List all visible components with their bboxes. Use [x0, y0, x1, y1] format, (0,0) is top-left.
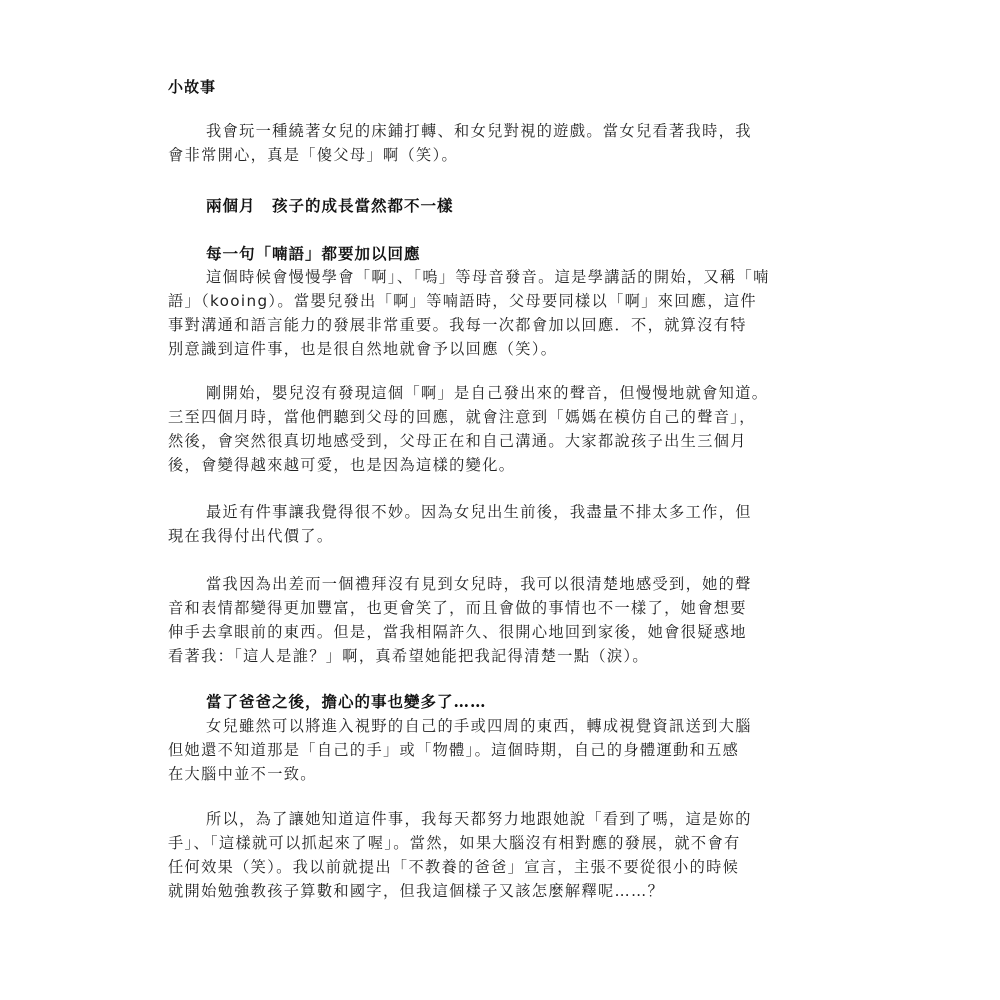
paragraph-line: 別意識到這件事，也是很自然地就會予以回應（笑）。: [168, 337, 832, 361]
paragraph-line: 現在我得付出代價了。: [168, 524, 832, 548]
paragraph-line: 任何效果（笑）。我以前就提出「不教養的爸爸」宣言，主張不要從很小的時候: [168, 855, 832, 879]
paragraph-line: 剛開始，嬰兒沒有發現這個「啊」是自己發出來的聲音，但慢慢地就會知道。: [168, 381, 832, 405]
paragraph-business-trip: 當我因為出差而一個禮拜沒有見到女兒時，我可以很清楚地感受到，她的聲 音和表情都變…: [168, 572, 832, 668]
paragraph-line: 手」、「這樣就可以抓起來了喔」。當然，如果大腦沒有相對應的發展，就不會有: [168, 831, 832, 855]
paragraph-line: 但她還不知道那是「自己的手」或「物體」。這個時期，自己的身體運動和五感: [168, 738, 832, 762]
paragraph-line: 音和表情都變得更加豐富，也更會笑了，而且會做的事情也不一樣了，她會想要: [168, 596, 832, 620]
paragraph-recognition: 剛開始，嬰兒沒有發現這個「啊」是自己發出來的聲音，但慢慢地就會知道。 三至四個月…: [168, 381, 832, 477]
paragraph-line: 女兒雖然可以將進入視野的自己的手或四周的東西，轉成視覺資訊送到大腦: [168, 714, 832, 738]
paragraph-line: 看著我：「這人是誰？」啊，真希望她能把我記得清楚一點（淚）。: [168, 644, 832, 668]
paragraph-line: 後，會變得越來越可愛，也是因為這樣的變化。: [168, 453, 832, 477]
subheading-worries: 當了爸爸之後，擔心的事也變多了……: [168, 690, 832, 714]
paragraph-line: 我會玩一種繞著女兒的床鋪打轉、和女兒對視的遊戲。當女兒看著我時，我: [168, 119, 832, 143]
paragraph-line: 就開始勉強教孩子算數和國字，但我這個樣子又該怎麼解釋呢……？: [168, 879, 832, 903]
section-heading-two-months: 兩個月 孩子的成長當然都不一樣: [168, 194, 832, 218]
section-heading: 兩個月 孩子的成長當然都不一樣: [168, 194, 832, 218]
paragraph-brain: 女兒雖然可以將進入視野的自己的手或四周的東西，轉成視覺資訊送到大腦 但她還不知道…: [168, 714, 832, 786]
paragraph-line: 這個時候會慢慢學會「啊」、「嗚」等母音發音。這是學講話的開始，又稱「喃: [168, 265, 832, 289]
paragraph-teaching: 所以，為了讓她知道這件事，我每天都努力地跟她說「看到了嗎，這是妳的 手」、「這樣…: [168, 807, 832, 903]
subheading-babbling: 每一句「喃語」都要加以回應: [168, 242, 832, 266]
paragraph-intro: 我會玩一種繞著女兒的床鋪打轉、和女兒對視的遊戲。當女兒看著我時，我 會非常開心，…: [168, 119, 832, 167]
paragraph-line: 會非常開心，真是「傻父母」啊（笑）。: [168, 143, 832, 167]
paragraph-babbling: 這個時候會慢慢學會「啊」、「嗚」等母音發音。這是學講話的開始，又稱「喃 語」（k…: [168, 265, 832, 361]
paragraph-line: 當我因為出差而一個禮拜沒有見到女兒時，我可以很清楚地感受到，她的聲: [168, 572, 832, 596]
paragraph-line: 所以，為了讓她知道這件事，我每天都努力地跟她說「看到了嗎，這是妳的: [168, 807, 832, 831]
paragraph-line: 事對溝通和語言能力的發展非常重要。我每一次都會加以回應．不，就算沒有特: [168, 313, 832, 337]
document-title: 小故事: [168, 76, 216, 97]
paragraph-work: 最近有件事讓我覺得很不妙。因為女兒出生前後，我盡量不排太多工作，但 現在我得付出…: [168, 500, 832, 548]
paragraph-line: 伸手去拿眼前的東西。但是，當我相隔許久、很開心地回到家後，她會很疑惑地: [168, 620, 832, 644]
subheading: 每一句「喃語」都要加以回應: [168, 242, 832, 266]
paragraph-line: 語」（kooing）。當嬰兒發出「啊」等喃語時，父母要同樣以「啊」來回應，這件: [168, 289, 832, 313]
paragraph-line: 最近有件事讓我覺得很不妙。因為女兒出生前後，我盡量不排太多工作，但: [168, 500, 832, 524]
subheading: 當了爸爸之後，擔心的事也變多了……: [168, 690, 832, 714]
paragraph-line: 在大腦中並不一致。: [168, 762, 832, 786]
paragraph-line: 三至四個月時，當他們聽到父母的回應，就會注意到「媽媽在模仿自己的聲音」，: [168, 405, 832, 429]
paragraph-line: 然後，會突然很真切地感受到，父母正在和自己溝通。大家都說孩子出生三個月: [168, 429, 832, 453]
